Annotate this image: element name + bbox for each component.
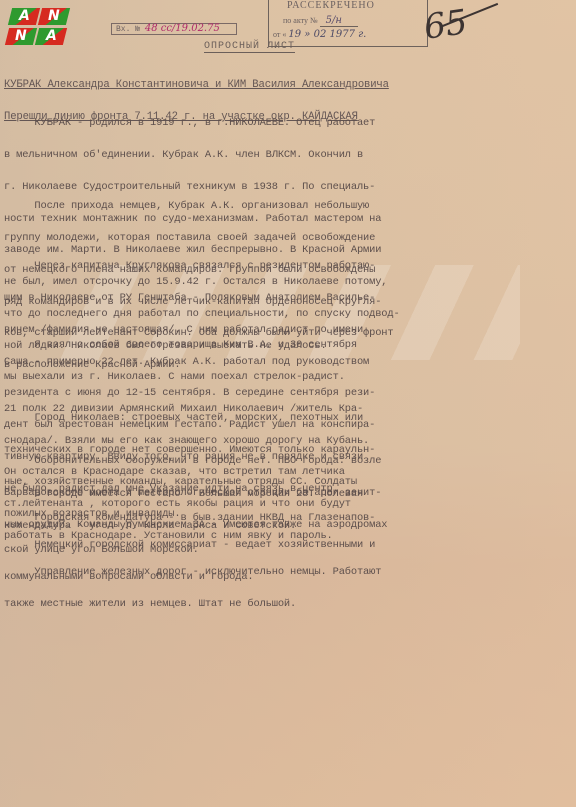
date-label: от « bbox=[273, 30, 286, 39]
text-line: Через капитана Круглякова связался с рез… bbox=[4, 261, 375, 272]
declassification-title: РАССЕКРЕЧЕНО bbox=[287, 0, 375, 11]
registration-stamp: Вх. № 48 сс/19.02.75 bbox=[111, 23, 237, 35]
text-line: мы выехали из г. Николаев. С нами поехал… bbox=[4, 372, 369, 383]
declassification-stamp: РАССЕКРЕЧЕНО по акту № 5/н от « 19 » 02 … bbox=[268, 0, 428, 47]
act-label: по акту № bbox=[283, 16, 318, 25]
text-line: щим в Николаеве от РУ Генштаба - Поляков… bbox=[4, 293, 375, 304]
text-line: в мельничном об'единении. Кубрак А.К. чл… bbox=[4, 150, 400, 161]
anna-logo: A N N A bbox=[6, 6, 68, 46]
document-page: A N N A Вх. № 48 сс/19.02.75 РАССЕКРЕЧЕН… bbox=[0, 0, 576, 807]
text-line: Управление железных дорог - исключительн… bbox=[4, 567, 381, 578]
text-line: Город Николаев: строевых частей, морских… bbox=[4, 413, 375, 424]
logo-tile: N bbox=[38, 8, 70, 25]
registration-stamp-label: Вх. № bbox=[116, 25, 140, 34]
registration-stamp-handwritten: 48 сс/19.02.75 bbox=[145, 23, 220, 34]
text-line: также местные жители из немцев. Штат не … bbox=[4, 599, 381, 610]
text-line: После прихода немцев, Кубрак А.К. органи… bbox=[4, 201, 393, 212]
text-line: Я взял с собой своего товарища Ким В.А. … bbox=[4, 340, 369, 351]
logo-tile: N bbox=[5, 28, 37, 45]
text-line: Оборонительных сооружений в городе нет. … bbox=[4, 456, 387, 467]
act-value: 5/н bbox=[320, 15, 358, 27]
logo-tile: A bbox=[8, 8, 40, 25]
date-value: 19 » 02 1977 г. bbox=[288, 29, 366, 40]
text-line: КУБРАК - родился в 1919 г., в г.НИКОЛАЕВ… bbox=[4, 118, 400, 129]
paragraph-railways: Управление железных дорог - исключительн… bbox=[4, 546, 381, 631]
document-type: ОПРОСНЫЙ ЛИСТ bbox=[204, 41, 295, 53]
logo-tile: A bbox=[35, 28, 67, 45]
declassification-date: от « 19 » 02 1977 г. bbox=[273, 29, 366, 40]
heading-line: КУБРАК Александра Константиновича и КИМ … bbox=[4, 80, 389, 91]
declassification-act: по акту № 5/н bbox=[283, 15, 358, 26]
